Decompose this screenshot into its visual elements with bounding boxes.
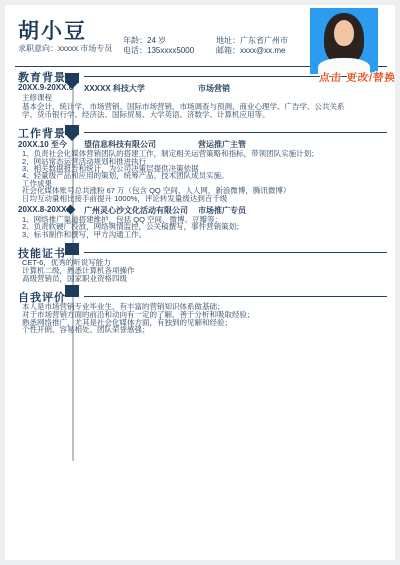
age-row: 年龄：24 岁 xyxy=(123,36,194,46)
phone-value: 135xxxx5000 xyxy=(147,46,194,55)
address-value: 广东省广州市 xyxy=(240,36,288,45)
self-eval-line: 个性开朗、容易相处、团队荣誉感强； xyxy=(22,326,387,334)
job2-details: 1、网络推广渠道搭建维护，包括 QQ 空间、微博、豆瓣等； 2、负责软硬广投放，… xyxy=(22,216,387,238)
skills-list: CET-6，优秀的听说写能力 计算机二级，熟悉计算机各项操作 高级营销员，国家职… xyxy=(22,259,387,282)
resume-sheet: 胡小豆 求职意向：xxxxx 市场专员 年龄：24 岁 电话：135xxxx50… xyxy=(5,5,395,560)
skills-rule xyxy=(84,252,387,253)
photo-replace-watermark[interactable]: 点击 更改/替换 xyxy=(289,70,396,85)
self-eval-list: 本人是市场营销专业毕业生，有丰富的营销知识体系做基础； 对于市场营销方面的前沿和… xyxy=(22,303,387,334)
job2-role: 市场推广专员 xyxy=(198,205,387,216)
contact-col-1: 年龄：24 岁 电话：135xxxx5000 xyxy=(123,36,194,55)
education-school: XXXXX 科技大学 xyxy=(84,83,198,94)
work-rule xyxy=(84,132,387,133)
job1-role: 营运推广主管 xyxy=(198,139,387,150)
timeline-pin-education-icon xyxy=(65,73,79,83)
courses-label: 主修课程 xyxy=(22,94,387,102)
skill-line: 高级营销员，国家职业资格四级 xyxy=(22,275,387,283)
age-value: 24 岁 xyxy=(147,36,166,45)
timeline-pin-work-icon xyxy=(65,125,79,135)
job2-line: 3、标书制作和撰写，甲方沟通工作。 xyxy=(22,231,387,238)
candidate-name: 胡小豆 xyxy=(18,15,87,45)
email-label: 邮箱： xyxy=(216,46,240,55)
resume-body: 教育背景 20XX.9-20XX.6 XXXXX 科技大学 市场营销 主修课程 … xyxy=(18,68,387,340)
phone-label: 电话： xyxy=(123,46,147,55)
photo-face xyxy=(334,20,354,46)
job1-line: 日均互动量相比接手前提升 1000%，评论转发量级达到百千级 xyxy=(22,195,387,202)
timeline-marker-skills-icon xyxy=(65,243,79,255)
job1-details: 1、负责社会化媒体营销团队的搭建工作，制定相关运营策略和指标，带领团队实施计划；… xyxy=(22,150,387,202)
contact-col-2: 地址：广东省广州市 邮箱：xxxx@xx.me xyxy=(216,36,288,55)
job2-company: 广州灵心沙文化活动有限公司 xyxy=(84,205,198,216)
job-intention-value: xxxxx 市场专员 xyxy=(58,44,112,53)
job1-line: 4、轻量级产品和应用的策划，统筹产品、技术团队成员实施。 xyxy=(22,172,387,179)
self-eval-rule xyxy=(84,296,387,297)
job1-company: 望信息科技有限公司 xyxy=(84,139,198,150)
self-eval-title: 自我评价 xyxy=(18,292,66,304)
job-intention-label: 求职意向： xyxy=(18,44,58,53)
timeline-marker-self-icon xyxy=(65,285,79,297)
id-photo[interactable] xyxy=(310,8,378,74)
address-label: 地址： xyxy=(216,36,240,45)
courses-text: 基本会计、统计学、市场营销、国际市场营销、市场调查与预测、商业心理学、广告学、公… xyxy=(22,103,352,118)
email-row: 邮箱：xxxx@xx.me xyxy=(216,46,288,56)
age-label: 年龄： xyxy=(123,36,147,45)
section-work: 工作背景 20XX.10 至今 望信息科技有限公司 营运推广主管 1、负责社会化… xyxy=(18,124,387,238)
job-intention: 求职意向：xxxxx 市场专员 xyxy=(18,43,112,54)
resume-page: { "colors": { "accent_navy": "#1e3c5e", … xyxy=(0,0,400,565)
address-row: 地址：广东省广州市 xyxy=(216,36,288,46)
job2-row: 20XX.8-20XX.9 广州灵心沙文化活动有限公司 市场推广专员 xyxy=(18,205,387,215)
skills-title: 技能证书 xyxy=(18,248,66,260)
phone-row: 电话：135xxxx5000 xyxy=(123,46,194,56)
email-value: xxxx@xx.me xyxy=(240,46,285,55)
